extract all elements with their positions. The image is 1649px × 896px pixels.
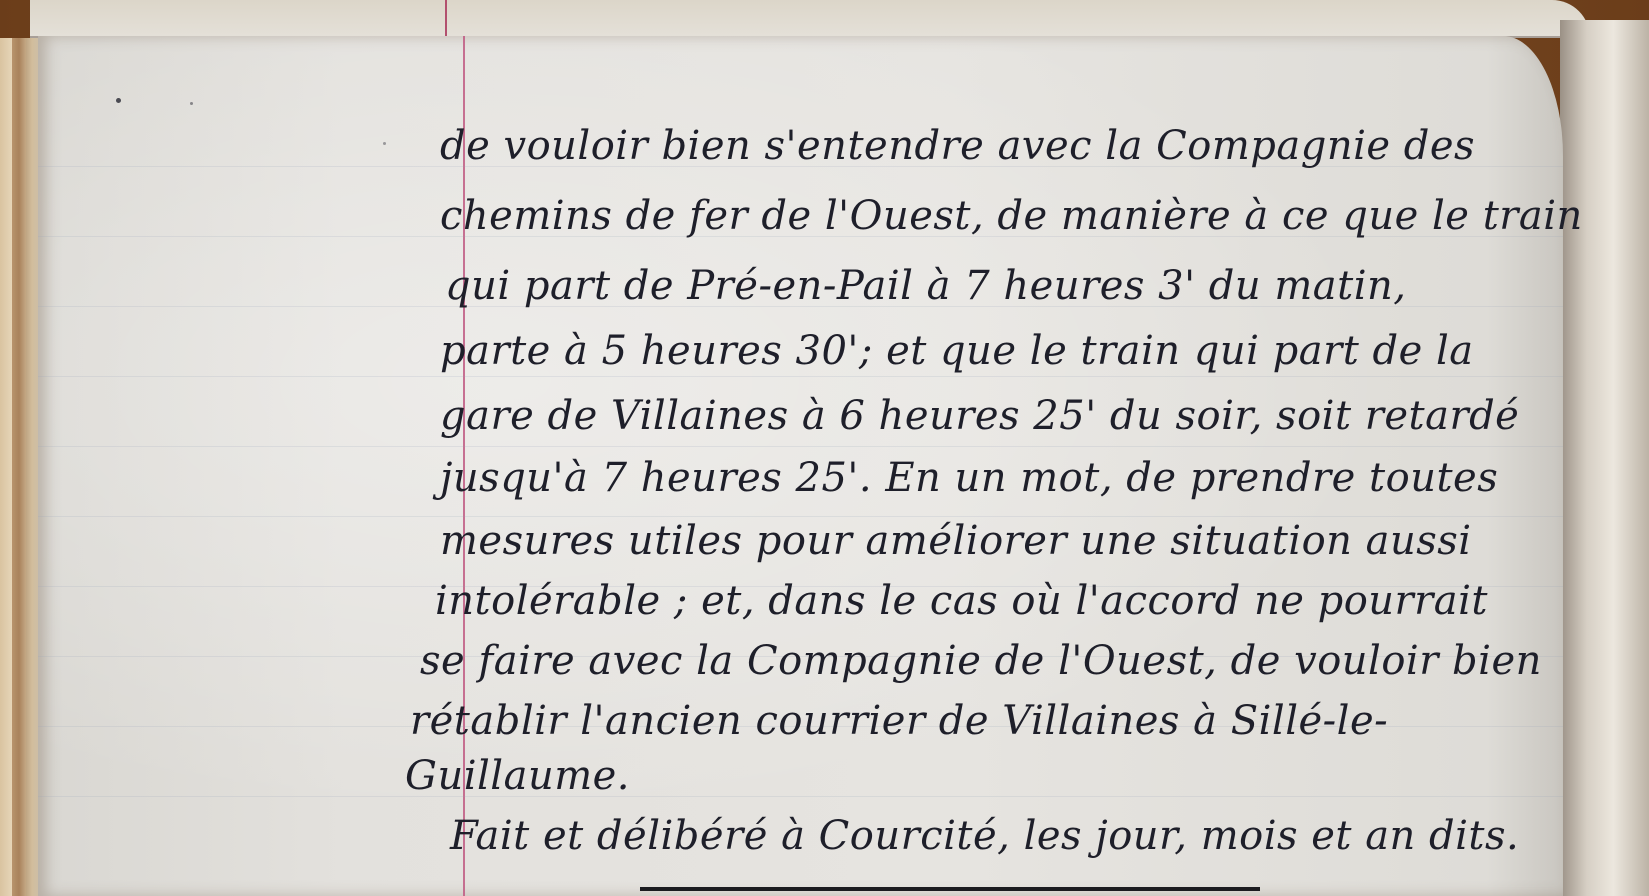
text-line: de vouloir bien s'entendre avec la Compa…: [440, 118, 1475, 174]
text-line: chemins de fer de l'Ouest, de manière à …: [440, 188, 1583, 244]
ink-spot: [383, 142, 386, 145]
text-line: se faire avec la Compagnie de l'Ouest, d…: [420, 633, 1542, 689]
ink-spot: [116, 98, 121, 103]
text-line: Guillaume.: [405, 748, 630, 804]
text-line: intolérable ; et, dans le cas où l'accor…: [435, 573, 1488, 629]
text-line: parte à 5 heures 30'; et que le train qu…: [440, 323, 1474, 379]
bottom-rule: [640, 887, 1260, 891]
text-line: jusqu'à 7 heures 25'. En un mot, de pren…: [440, 450, 1498, 506]
underlying-page-top: [30, 0, 1590, 38]
ruled-line: [38, 796, 1563, 797]
photo-scene: de vouloir bien s'entendre avec la Compa…: [0, 0, 1649, 896]
margin-line-underlying: [445, 0, 447, 36]
text-line-closing: Fait et délibéré à Courcité, les jour, m…: [450, 808, 1519, 864]
text-line: gare de Villaines à 6 heures 25' du soir…: [440, 388, 1519, 444]
ink-spot: [190, 102, 193, 105]
page-stack-edge: [0, 38, 40, 896]
text-line: qui part de Pré-en-Pail à 7 heures 3' du…: [445, 258, 1407, 314]
text-line: rétablir l'ancien courrier de Villaines …: [410, 693, 1388, 749]
ruled-line: [38, 446, 1563, 447]
right-page-edge: [1560, 20, 1649, 896]
text-line: mesures utiles pour améliorer une situat…: [440, 513, 1472, 569]
